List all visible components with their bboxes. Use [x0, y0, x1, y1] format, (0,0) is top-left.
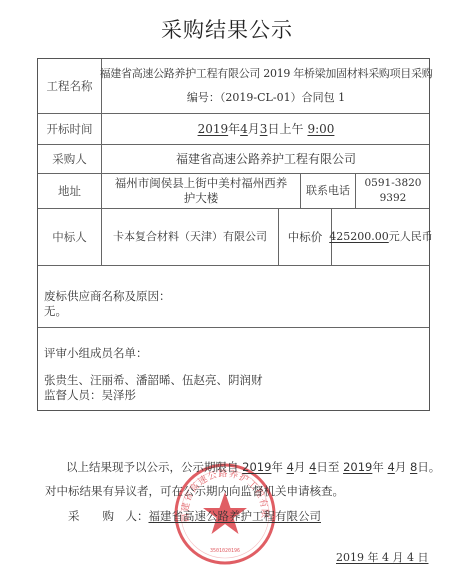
page-title: 采购结果公示 — [0, 14, 454, 44]
review-panel-heading: 评审小组成员名单： — [44, 346, 148, 361]
notice-end-year: 2019 — [343, 460, 372, 474]
row-purchaser: 采购人 福建省高速公路养护工程有限公司 — [38, 145, 429, 174]
price-value: 425200.00 元人民币 — [331, 209, 430, 265]
month-char: 月 — [395, 460, 407, 474]
contact-value: 0591-38209392 — [355, 174, 430, 208]
project-name-value: 福建省高速公路养护工程有限公司 2019 年桥梁加固材料采购项目采购 编号：（2… — [101, 59, 430, 113]
result-table: 工程名称 福建省高速公路养护工程有限公司 2019 年桥梁加固材料采购项目采购 … — [37, 58, 430, 411]
price-label: 中标价 — [278, 209, 331, 265]
year-suffix: 年 — [228, 119, 240, 139]
project-name-line2: 编号：（2019-CL-01）合同包 1 — [187, 86, 345, 110]
month-suffix: 月 — [248, 119, 260, 139]
price-unit: 元人民币 — [389, 227, 433, 247]
notice-end-suffix: 日。 — [417, 460, 440, 474]
notice-end-month: 4 — [388, 460, 395, 474]
contact-label: 联系电话 — [300, 174, 355, 208]
invalid-bidders-heading: 废标供应商名称及原因： — [44, 289, 171, 304]
day-suffix: 日上午 — [267, 119, 303, 139]
winner-value: 卡本复合材料（天津）有限公司 — [101, 209, 278, 265]
month-char: 月 — [294, 460, 306, 474]
invalid-bidders-value: 无。 — [44, 304, 67, 319]
svg-text:3501020196: 3501020196 — [210, 548, 240, 554]
address-value: 福州市闽侯县上街中美村福州西养护大楼 — [101, 174, 300, 208]
price-amount: 425200.00 — [329, 227, 389, 247]
row-project-name: 工程名称 福建省高速公路养护工程有限公司 2019 年桥梁加固材料采购项目采购 … — [38, 59, 429, 114]
bid-time: 9:00 — [307, 119, 334, 139]
notice-line-1: 以上结果现予以公示，公示期限自 2019年 4月 4日至 2019年 4月 8日… — [66, 459, 440, 475]
project-name-line1: 福建省高速公路养护工程有限公司 2019 年桥梁加固材料采购项目采购 — [100, 62, 433, 86]
bid-year: 2019 — [198, 119, 229, 139]
row-winner: 中标人 卡本复合材料（天津）有限公司 中标价 425200.00 元人民币 — [38, 209, 429, 266]
supervisor-label: 监督人员： — [44, 388, 102, 402]
row-bid-opening-time: 开标时间 2019 年 4 月 3 日上午 9:00 — [38, 114, 429, 145]
signature-date: 2019 年 4 月 4 日 — [336, 549, 428, 565]
bid-opening-value: 2019 年 4 月 3 日上午 9:00 — [101, 114, 430, 144]
signature-purchaser: 福建省高速公路养护工程有限公司 — [149, 509, 322, 523]
year-char: 年 — [271, 460, 283, 474]
bid-day: 3 — [260, 119, 268, 139]
winner-label: 中标人 — [38, 209, 101, 265]
notice-to: 日至 — [316, 460, 339, 474]
project-name-label: 工程名称 — [38, 59, 101, 113]
purchaser-value: 福建省高速公路养护工程有限公司 — [101, 145, 430, 173]
address-label: 地址 — [38, 174, 101, 208]
year-char: 年 — [372, 460, 384, 474]
row-review-panel: 评审小组成员名单： 张贵生、汪丽希、潘韶晞、伍赵亮、阴润财 监督人员：吴泽彤 — [38, 328, 429, 412]
review-panel-members: 张贵生、汪丽希、潘韶晞、伍赵亮、阴润财 — [44, 373, 263, 388]
purchaser-label: 采购人 — [38, 145, 101, 173]
notice-line-2: 对中标结果有异议者，可在公示期内向监督机关申请核查。 — [45, 483, 344, 499]
row-invalid-bidders: 废标供应商名称及原因： 无。 — [38, 266, 429, 328]
notice-start-month: 4 — [287, 460, 294, 474]
notice-prefix: 以上结果现予以公示，公示期限自 — [66, 460, 239, 474]
supervisor-line: 监督人员：吴泽彤 — [44, 388, 136, 403]
signature-line: 采 购 人：福建省高速公路养护工程有限公司 — [68, 508, 321, 524]
row-address: 地址 福州市闽侯县上街中美村福州西养护大楼 联系电话 0591-38209392 — [38, 174, 429, 209]
supervisor-name: 吴泽彤 — [102, 388, 137, 402]
bid-opening-label: 开标时间 — [38, 114, 101, 144]
bid-month: 4 — [240, 119, 248, 139]
notice-start-year: 2019 — [242, 460, 271, 474]
signature-label: 采 购 人： — [68, 509, 149, 523]
